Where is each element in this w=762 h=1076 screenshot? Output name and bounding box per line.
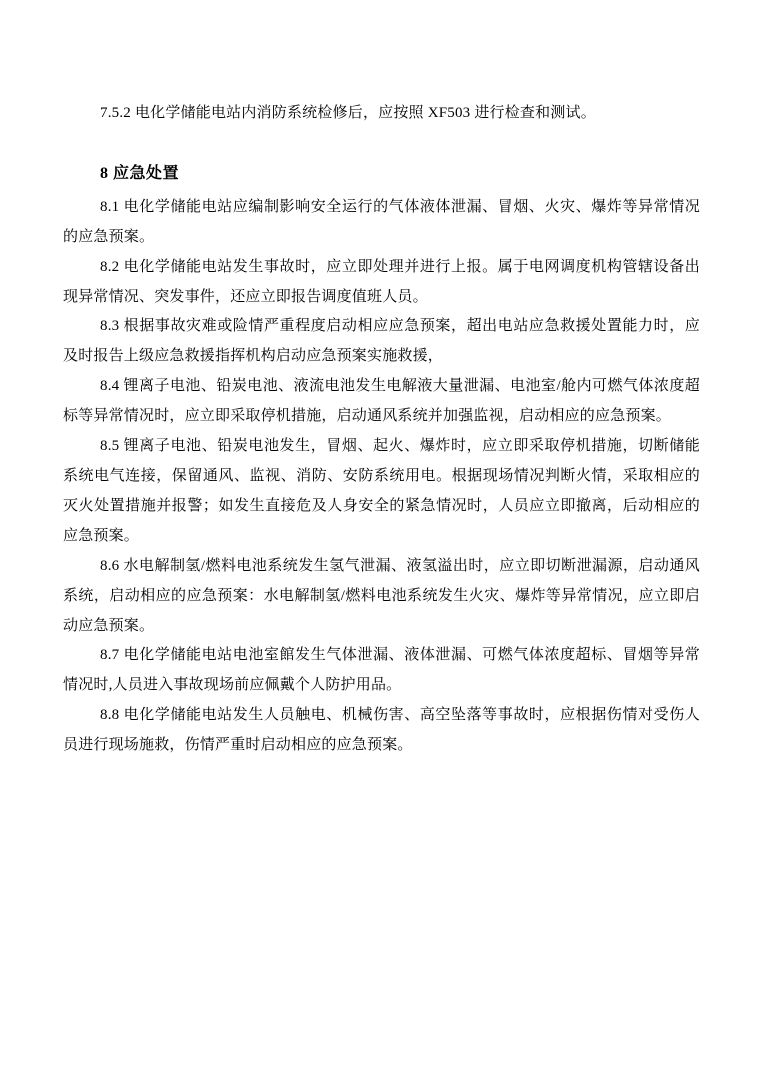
- paragraph-7-5-2: 7.5.2 电化学储能电站内消防系统检修后，应按照 XF503 进行检查和测试。: [63, 99, 700, 129]
- paragraph-8-2: 8.2 电化学储能电站发生事故时，应立即处理并进行上报。属于电网调度机构管辖设备…: [63, 253, 700, 313]
- paragraph-8-1: 8.1 电化学储能电站应编制影响安全运行的气体液体泄漏、冒烟、火灾、爆炸等异常情…: [63, 193, 700, 253]
- paragraph-8-3: 8.3 根据事故灾难或险情严重程度启动相应应急预案，超出电站应急救援处置能力时，…: [63, 312, 700, 372]
- paragraph-8-8: 8.8 电化学储能电站发生人员触电、机械伤害、高空坠落等事故时，应根据伤情对受伤…: [63, 701, 700, 761]
- paragraph-8-6: 8.6 水电解制氢/燃料电池系统发生氢气泄漏、液氢溢出时，应立即切断泄漏源，启动…: [63, 552, 700, 642]
- document-page: 7.5.2 电化学储能电站内消防系统检修后，应按照 XF503 进行检查和测试。…: [0, 0, 762, 1076]
- paragraph-8-5: 8.5 锂离子电池、铅炭电池发生，冒烟、起火、爆炸时，应立即采取停机措施，切断储…: [63, 432, 700, 552]
- document-content: 7.5.2 电化学储能电站内消防系统检修后，应按照 XF503 进行检查和测试。…: [63, 99, 700, 761]
- section-8-heading: 8 应急处置: [63, 159, 700, 189]
- paragraph-8-7: 8.7 电化学储能电站电池室館发生气体泄漏、液体泄漏、可燃气体浓度超标、冒烟等异…: [63, 641, 700, 701]
- paragraph-8-4: 8.4 锂离子电池、铅炭电池、液流电池发生电解液大量泄漏、电池室/舱内可燃气体浓…: [63, 372, 700, 432]
